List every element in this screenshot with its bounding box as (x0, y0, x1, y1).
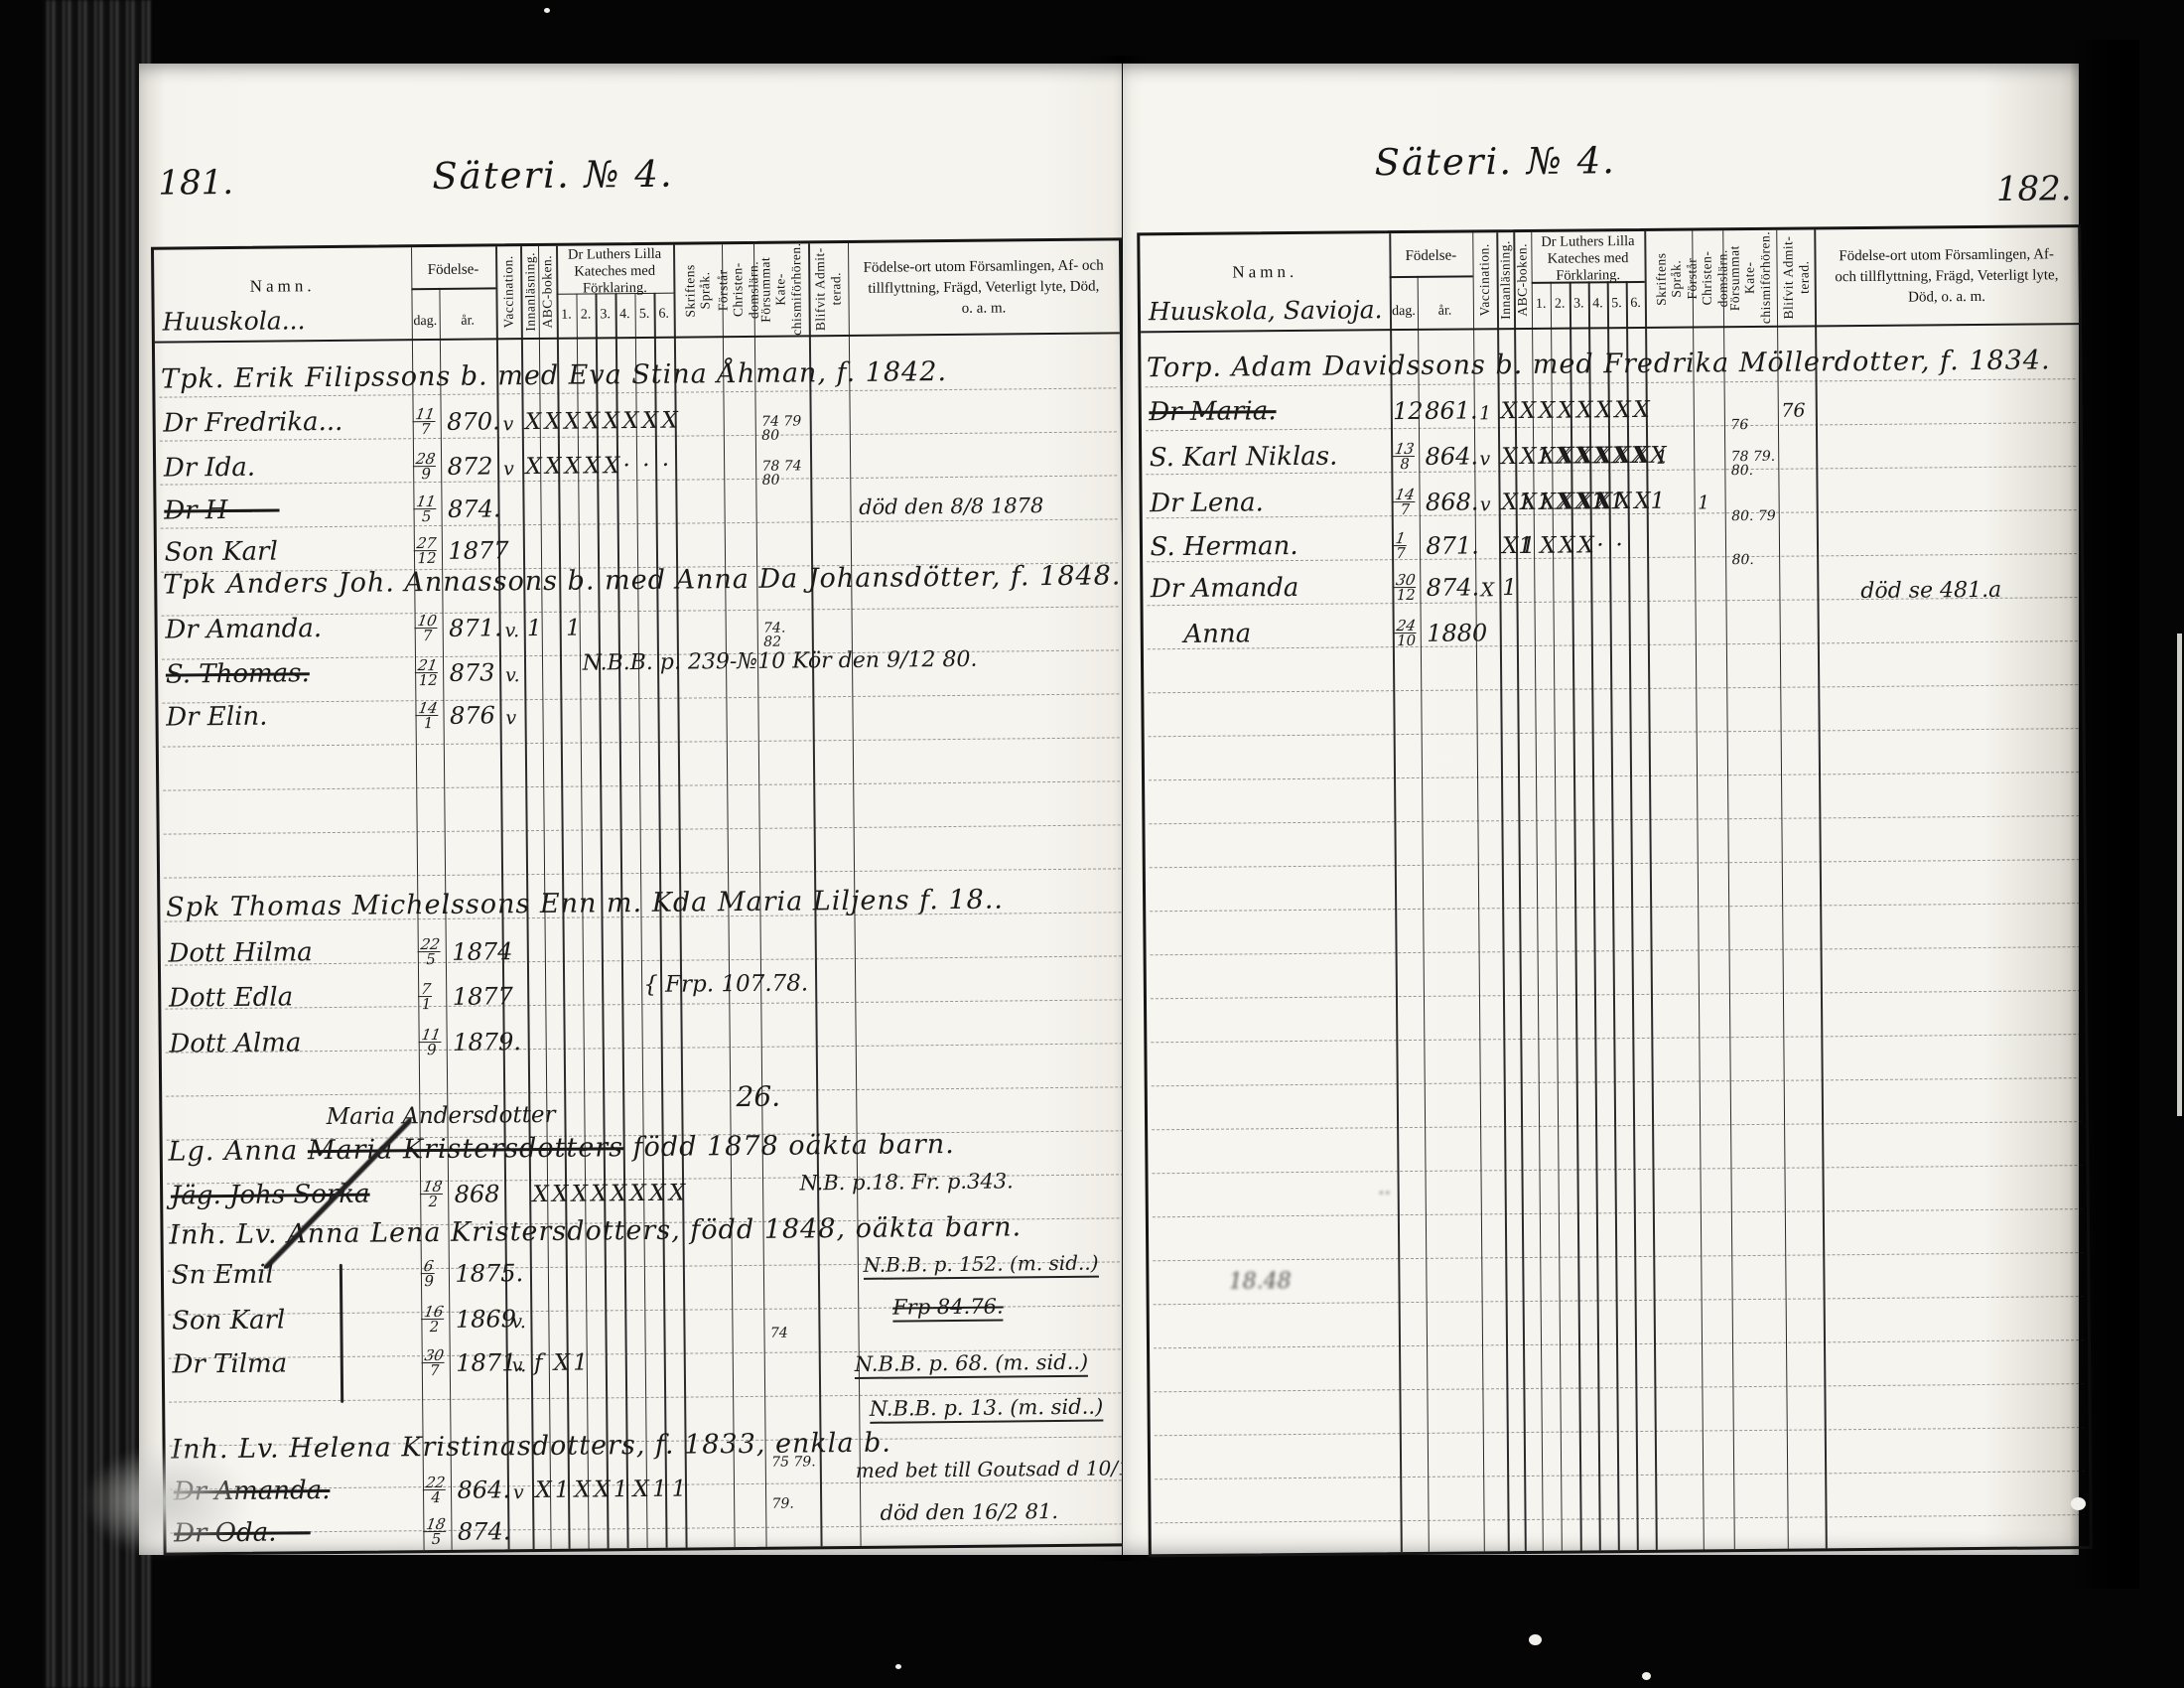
person-name: Dr H—— (164, 494, 280, 525)
exam-mark: X (632, 1477, 649, 1502)
fodelse-dag-label: dag. (411, 309, 439, 335)
exam-mark: X (642, 408, 659, 434)
innanlasning-label: Innanläsning. (520, 248, 538, 336)
abc-boken-label: ABC-boken. (1513, 234, 1531, 326)
abc-boken-label: ABC-boken. (538, 248, 557, 336)
fodelse-divider (1390, 276, 1472, 278)
blifvit-label-text: terad. (829, 272, 844, 306)
exam-mark: 1 (555, 1477, 570, 1503)
exam-mark: X (594, 1477, 611, 1502)
birth-day: 141 (417, 701, 440, 730)
exam-mark: X (1577, 532, 1594, 558)
forstar-label-text: Förstår Christen- (1685, 232, 1715, 324)
person-name: Dott Edla (169, 982, 293, 1013)
admitted-mark: 76 (1781, 400, 1805, 422)
person-name: Anna (1183, 619, 1251, 649)
record-table-right: Namn.Huuskola, Savioja.Födelse-dag.år.Va… (1137, 224, 2093, 1557)
blifvit-label-text: Blifvit Admit- (812, 247, 828, 331)
kateches-col-label: 1. (1531, 285, 1550, 323)
vaccination-mark: v (503, 413, 514, 435)
scan-smudge (83, 1446, 252, 1557)
birth-year: 1875. (455, 1259, 523, 1288)
birth-day: 2410 (1395, 619, 1418, 647)
birth-day: 138 (1393, 442, 1416, 471)
table-row: S. Karl Niklas.138864.vXX1XXXXXXXXXXXX17… (1142, 421, 2080, 475)
vaccination-mark: v (505, 707, 516, 729)
ruled-line (1149, 772, 2079, 780)
blifvit-label-text: terad. (1796, 261, 1811, 294)
forstar-label: Förstår Christen-domslärn. (1692, 232, 1723, 324)
page-right: 182. Säteri. № 4. Namn.Huuskola, Savioja… (1123, 64, 2079, 1555)
exam-mark: X (525, 409, 542, 435)
ruled-line (1150, 859, 2080, 868)
record-table-left: Namn.Huuskola...Födelse-dag.år.Vaccinati… (151, 237, 1135, 1555)
exam-mark: X (1615, 489, 1632, 514)
birth-year: 871. (1426, 531, 1479, 559)
ruled-line (1152, 1121, 2082, 1130)
ruled-line (1153, 1252, 2083, 1261)
kateches-col-label: 6. (654, 296, 674, 333)
page-number-left: 181. (158, 163, 233, 204)
vaccination-label: Vaccination. (495, 248, 521, 336)
person-name: Dr Elin. (166, 702, 267, 733)
person-name: S. Herman. (1150, 531, 1297, 562)
exam-mark: · (662, 453, 670, 479)
margin-note: N.B. p.18. Fr. p.343. (799, 1169, 1013, 1195)
forsummat-label: Försummat Kate-chismiförhören. (753, 245, 809, 334)
skrift-mark: 1 (1656, 447, 1668, 469)
forsummat-label: Försummat Kate-chismiförhören. (1722, 232, 1777, 324)
kateches-col-label: 4. (614, 297, 634, 334)
margin-note: N.B.B. p. 152. (m. sid..) (863, 1251, 1098, 1280)
margin-note: död se 481.a (1860, 578, 2001, 604)
abc-boken-label-text: ABC-boken. (1515, 243, 1531, 317)
kateches-col-label: 5. (1607, 285, 1626, 323)
birth-day: 185 (425, 1517, 448, 1546)
vaccination-mark: v. (505, 664, 520, 686)
exam-mark: 1 (1502, 575, 1517, 601)
person-name: Dr Amanda (1151, 573, 1299, 604)
person-name: S. Karl Niklas. (1150, 442, 1338, 474)
ruled-line (166, 1086, 1123, 1096)
ruled-line (1152, 1077, 2082, 1086)
table-row: Dr Maria.12861.1XXXXXXXX7676 (1142, 375, 2080, 429)
vaccination-mark: v (503, 458, 514, 480)
margin-note: med bet till Goutsad d 10/11 8. (856, 1456, 1168, 1482)
exam-mark: X (622, 408, 639, 434)
forsummat-label-text: chismiförhören. (788, 243, 804, 336)
exam-mark: · (642, 453, 650, 479)
kateches-col-label: 1. (557, 297, 577, 334)
birth-year: 871. (449, 614, 502, 642)
person-name: Dr Amanda. (165, 614, 322, 645)
exam-mark: X1 (1634, 489, 1665, 514)
kateches-col-label: 4. (1588, 285, 1607, 323)
ruled-line (1153, 1208, 2083, 1217)
vaccination-mark: v. (505, 620, 520, 641)
birth-year: 1877 (453, 982, 513, 1011)
exam-mark: X (1540, 533, 1557, 559)
birth-year: 868. (1426, 488, 1479, 515)
innanlasning-label: Innanläsning. (1496, 234, 1514, 326)
birth-year: 870. (447, 407, 500, 436)
notes-header-label: Födelse-ort utom Församlingen, Af- och t… (1815, 235, 2079, 317)
innanlasning-label-text: Innanläsning. (522, 252, 538, 332)
kateches-col-label: 3. (1570, 285, 1588, 323)
ruled-line (1155, 1471, 2085, 1479)
birth-day: 147 (1394, 488, 1417, 516)
exam-mark: X (603, 408, 619, 434)
exam-mark: X (1520, 398, 1537, 424)
exam-mark: X (584, 453, 601, 479)
person-name: Dr Tilma (172, 1348, 287, 1379)
birth-day: 3012 (1394, 573, 1417, 602)
ruled-line (1150, 903, 2080, 912)
ruled-line (1152, 1165, 2082, 1174)
kateches-group-label: Dr Luthers Lilla Kateches med Förklaring… (556, 249, 673, 296)
exam-mark: X (1596, 489, 1613, 514)
kateches-col-label: 2. (576, 297, 596, 334)
kateches-col-label: 2. (1551, 285, 1570, 323)
page-edge-shadow (2070, 40, 2139, 1589)
birth-year: 1879. (453, 1028, 521, 1056)
exam-mark: X (1633, 397, 1650, 423)
birth-day: 289 (414, 452, 437, 481)
skriftens-sprak-label-text: Skriftens Språk. (682, 246, 713, 334)
ruled-line (1154, 1339, 2084, 1348)
exam-mark: X (554, 1350, 571, 1376)
margin-note: N.B.B. p. 13. (m. sid..) (870, 1395, 1104, 1424)
page-left: 181. Säteri. № 4. Namn.Huuskola...Födels… (139, 64, 1122, 1555)
exam-mark: X (584, 408, 601, 434)
birth-year: 1874 (452, 937, 512, 966)
kateches-col-label: 3. (596, 297, 615, 334)
exam-mark: 1 (566, 616, 581, 641)
ruled-line (1148, 684, 2078, 693)
birth-year: 874. (448, 494, 501, 523)
abc-boken-label-text: ABC-boken. (540, 255, 556, 329)
fodelse-header-label: Födelse- (411, 252, 496, 287)
exam-mark: X (604, 453, 620, 479)
exam-mark: X (1501, 398, 1518, 424)
exam-mark: X (574, 1477, 591, 1503)
exam-mark: X (661, 408, 678, 434)
ruled-line (1154, 1296, 2084, 1305)
vaccination-mark: v (1480, 493, 1491, 515)
exam-mark: 1 (527, 616, 542, 641)
exam-mark: X (1558, 398, 1574, 424)
forsummat-label-text: Försummat Kate- (757, 246, 788, 334)
person-name: S. Thomas. (166, 658, 310, 689)
vaccination-mark: v (513, 1481, 524, 1503)
birth-day: 12 (1393, 397, 1424, 425)
margin-note: 26. (736, 1080, 780, 1113)
forstar-label-text: Förstår Christen- (715, 246, 746, 334)
exam-mark: X (1559, 533, 1575, 559)
ruled-line (163, 737, 1120, 747)
ruled-line (1151, 946, 2081, 955)
fodelse-ar-label: år. (439, 308, 496, 335)
section-label: Huuskola... (163, 306, 306, 336)
section-label: Huuskola, Savioja. (1149, 295, 1383, 326)
exam-mark: · (1596, 532, 1604, 558)
exam-mark: f (534, 1350, 543, 1376)
exam-mark: X (1501, 444, 1518, 470)
notes-header-label: Födelse-ort utom Församlingen, Af- och t… (848, 248, 1120, 327)
blifvit-label: Blifvit Admit-terad. (808, 245, 849, 333)
exam-mark: X (1576, 397, 1593, 423)
person-name: Dr Lena. (1150, 488, 1264, 518)
birth-day: 2112 (416, 658, 439, 687)
ruled-line (1149, 815, 2079, 824)
exam-mark: X (1539, 398, 1556, 424)
ruled-line (1149, 728, 2079, 737)
birth-year: 874. (1427, 573, 1480, 601)
table-row: Anna24101880 (1144, 598, 2082, 651)
birth-year: 1869 (456, 1305, 516, 1334)
namn-header-label: Namn. (154, 265, 411, 307)
birth-day: 307 (423, 1348, 446, 1377)
vaccination-label: Vaccination. (1472, 234, 1497, 326)
exam-mark: 1 (652, 1477, 667, 1502)
table-row: Dr Elin.141876v (158, 679, 1123, 734)
forsummat-label-text: Försummat Kate- (1726, 232, 1757, 324)
person-name: Dott Alma (169, 1028, 301, 1058)
exam-mark: 1 (614, 1477, 628, 1502)
page-edge-highlight (2177, 633, 2182, 1116)
book-scan: 181. Säteri. № 4. Namn.Huuskola...Födels… (0, 0, 2184, 1688)
exam-mark: 1 (672, 1477, 687, 1502)
person-name: Sn Emil (172, 1260, 274, 1291)
person-name: Dr Maria. (1149, 396, 1276, 427)
fodelse-header-label: Födelse- (1390, 238, 1472, 273)
birth-day: 107 (416, 614, 439, 642)
vaccination-mark: v. (511, 1311, 526, 1333)
birth-day: 17 (1394, 531, 1408, 560)
birth-day: 119 (420, 1028, 443, 1056)
birth-day: 117 (414, 407, 437, 436)
birth-year: 1880 (1427, 619, 1487, 647)
page-number-right: 182. (1996, 169, 2072, 210)
skriftens-sprak-label-text: Skriftens Språk. (1653, 233, 1684, 325)
birth-day: 224 (424, 1476, 447, 1504)
birth-day: 115 (415, 494, 438, 523)
vaccination-mark: 1 (1479, 402, 1491, 424)
ruled-line (1151, 990, 2081, 999)
vaccination-mark: v. (512, 1354, 527, 1376)
birth-year: 876 (450, 701, 495, 729)
dust-speck (544, 8, 550, 13)
exam-mark: X (535, 1477, 552, 1503)
ruled-line (1156, 1514, 2086, 1523)
ruled-line (1155, 1427, 2085, 1436)
innanlasning-label-text: Innanläsning. (1497, 240, 1513, 320)
birth-year: 864. (457, 1476, 510, 1504)
fodelse-divider (411, 288, 496, 290)
margin-note: 18.48 (1229, 1269, 1292, 1295)
exam-mark: X (564, 409, 581, 435)
blifvit-label: Blifvit Admit-terad. (1776, 231, 1816, 323)
exam-mark: X (1595, 397, 1612, 423)
dust-speck (895, 1664, 901, 1669)
forstar-mark: 1 (1698, 492, 1709, 513)
page-title-right: Säteri. № 4. (1374, 139, 1616, 184)
margin-note: N.B.B. p. 68. (m. sid..) (855, 1350, 1089, 1379)
birth-day: 162 (423, 1305, 446, 1334)
kateches-col-label: 5. (634, 296, 654, 333)
exam-mark: X (544, 409, 561, 435)
ruled-line (1154, 1383, 2084, 1392)
person-name: Dott Hilma (168, 937, 312, 968)
blifvit-label-text: Blifvit Admit- (1780, 236, 1796, 320)
margin-note: { Frp. 107.78. (643, 970, 808, 998)
birth-year: 861. (1425, 396, 1478, 424)
dust-speck (1529, 1634, 1542, 1645)
margin-note: död den 16/2 81. (880, 1499, 1058, 1525)
birth-year: 872 (448, 452, 493, 480)
exam-mark: · (622, 453, 630, 479)
birth-year: 874. (458, 1517, 511, 1546)
namn-header-label: Namn. (1140, 251, 1390, 293)
birth-day: 71 (420, 982, 434, 1011)
birth-day: 69 (422, 1259, 436, 1288)
exam-mark: 1 (1521, 533, 1536, 559)
table-row: Dott Alma1191879. (161, 1006, 1126, 1060)
dust-speck (2071, 1497, 2086, 1510)
birth-year: 873 (450, 658, 495, 686)
dust-speck (1642, 1672, 1651, 1680)
page-title-left: Säteri. № 4. (432, 153, 674, 198)
person-name: Dr Ida. (164, 453, 256, 484)
kateches-col-label: 6. (1626, 285, 1645, 323)
exam-mark: X (565, 454, 582, 480)
exam-mark: · (1615, 532, 1623, 558)
birth-year: 864. (1425, 442, 1478, 470)
margin-note: Frp 84.76. (892, 1295, 1004, 1323)
margin-note: .. (1378, 1175, 1391, 1198)
fodelse-ar-label: år. (1418, 298, 1473, 324)
vaccination-label-text: Vaccination. (1477, 244, 1493, 317)
vaccination-mark: v (1479, 448, 1490, 470)
exam-mark: X (1614, 397, 1631, 423)
birth-day: 225 (419, 937, 442, 966)
ruled-line (1151, 1034, 2081, 1043)
person-name: Dr Fredrika... (163, 407, 342, 439)
vaccination-label-text: Vaccination. (500, 256, 516, 329)
margin-note: N.B.B. p. 239-№10 Kör den 9/12 80. (583, 647, 978, 676)
forsummat-label-text: chismiförhören. (1757, 231, 1773, 324)
forstar-label: Förstår Christen-domslärn. (722, 246, 754, 334)
kateches-group-label: Dr Luthers Lilla Kateches med Förklaring… (1531, 235, 1645, 284)
person-name: Son Karl (172, 1305, 285, 1336)
margin-note: Maria Andersdotter (327, 1102, 556, 1130)
ruled-line (163, 780, 1120, 790)
exam-mark: 1 (573, 1350, 588, 1376)
exam-mark: X (545, 454, 562, 480)
fodelse-dag-label: dag. (1390, 299, 1418, 325)
vaccination-mark: X (1480, 579, 1494, 601)
exam-mark: X (525, 454, 542, 480)
ruled-line (164, 824, 1121, 834)
